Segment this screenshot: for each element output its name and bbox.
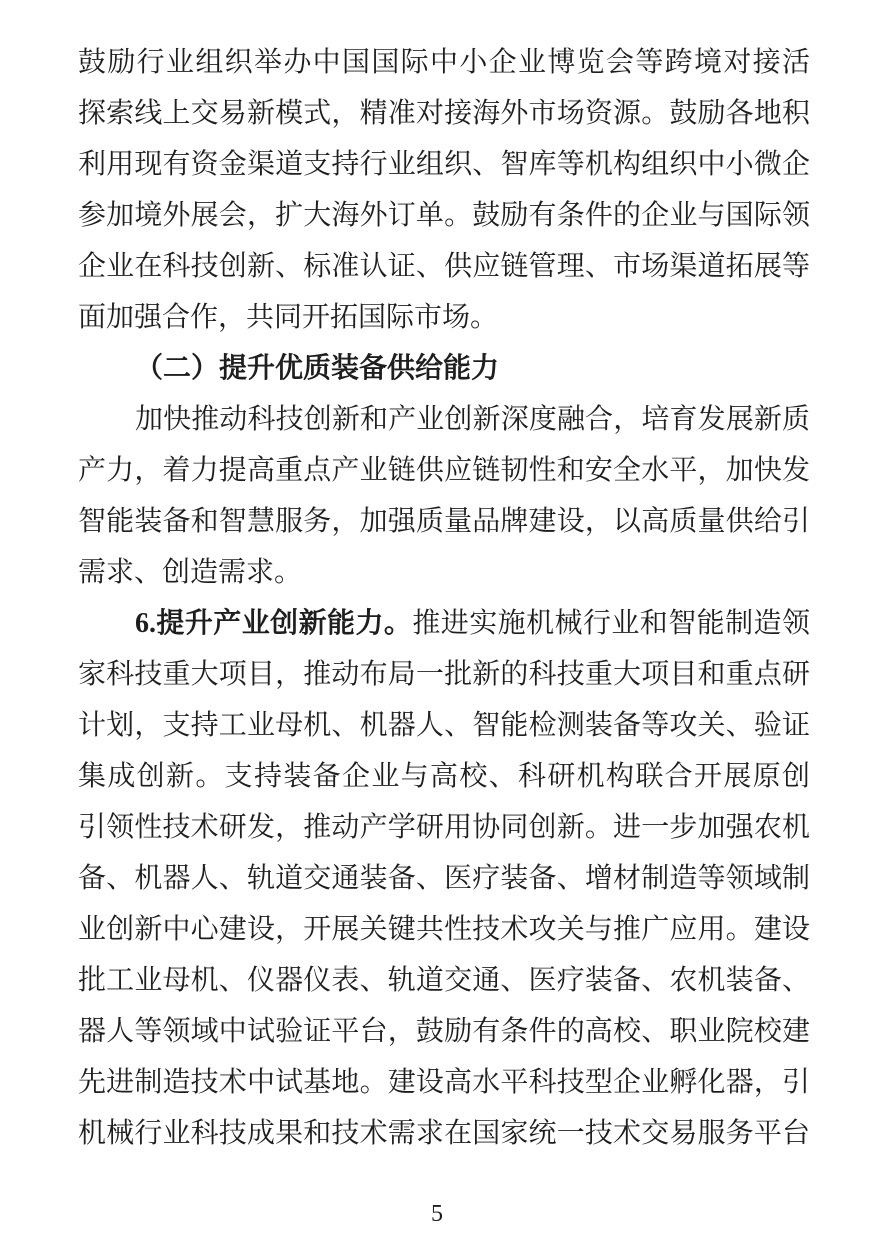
- document-body: 鼓励行业组织举办中国国际中小企业博览会等跨境对接活动， 探索线上交易新模式，精准…: [78, 37, 810, 1159]
- text-line: 智能装备和智慧服务，加强质量品牌建设，以高质量供给引领: [78, 496, 810, 547]
- page-number: 5: [431, 1201, 443, 1227]
- text-line: 需求、创造需求。: [78, 547, 810, 598]
- text-line: 集成创新。支持装备企业与高校、科研机构联合开展原创性、: [78, 751, 810, 802]
- text-line: 业创新中心建设，开展关键共性技术攻关与推广应用。建设一: [78, 904, 810, 955]
- page-footer: 5: [0, 1196, 874, 1232]
- text-line: 先进制造技术中试基地。建设高水平科技型企业孵化器，引导: [78, 1057, 810, 1108]
- text-line: 探索线上交易新模式，精准对接海外市场资源。鼓励各地积极: [78, 88, 810, 139]
- section-heading: （二）提升优质装备供给能力: [78, 343, 810, 394]
- text-line: 备、机器人、轨道交通装备、医疗装备、增材制造等领域制造: [78, 853, 810, 904]
- text-line: 器人等领域中试验证平台，鼓励有条件的高校、职业院校建设: [78, 1006, 810, 1057]
- text-line-item6-lead: 6.提升产业创新能力。推进实施机械行业和智能制造领域国: [78, 598, 810, 649]
- item6-bold-title: 6.提升产业创新能力。: [135, 608, 412, 639]
- text-line: 利用现有资金渠道支持行业组织、智库等机构组织中小微企业: [78, 139, 810, 190]
- document-page: 鼓励行业组织举办中国国际中小企业博览会等跨境对接活动， 探索线上交易新模式，精准…: [0, 0, 874, 1243]
- text-line: 家科技重大项目，推动布局一批新的科技重大项目和重点研发: [78, 649, 810, 700]
- text-line: 引领性技术研发，推动产学研用协同创新。进一步加强农机装: [78, 802, 810, 853]
- text-line: 机械行业科技成果和技术需求在国家统一技术交易服务平台集: [78, 1108, 810, 1159]
- text-line: 加快推动科技创新和产业创新深度融合，培育发展新质生: [78, 394, 810, 445]
- text-line: 鼓励行业组织举办中国国际中小企业博览会等跨境对接活动，: [78, 37, 810, 88]
- text-line: 参加境外展会，扩大海外订单。鼓励有条件的企业与国际领先: [78, 190, 810, 241]
- text-line: 批工业母机、仪器仪表、轨道交通、医疗装备、农机装备、机: [78, 955, 810, 1006]
- text-line: 面加强合作，共同开拓国际市场。: [78, 292, 810, 343]
- text-line: 企业在科技创新、标准认证、供应链管理、市场渠道拓展等方: [78, 241, 810, 292]
- text-line: 计划，支持工业母机、机器人、智能检测装备等攻关、验证和: [78, 700, 810, 751]
- text-line: 产力，着力提高重点产业链供应链韧性和安全水平，加快发展: [78, 445, 810, 496]
